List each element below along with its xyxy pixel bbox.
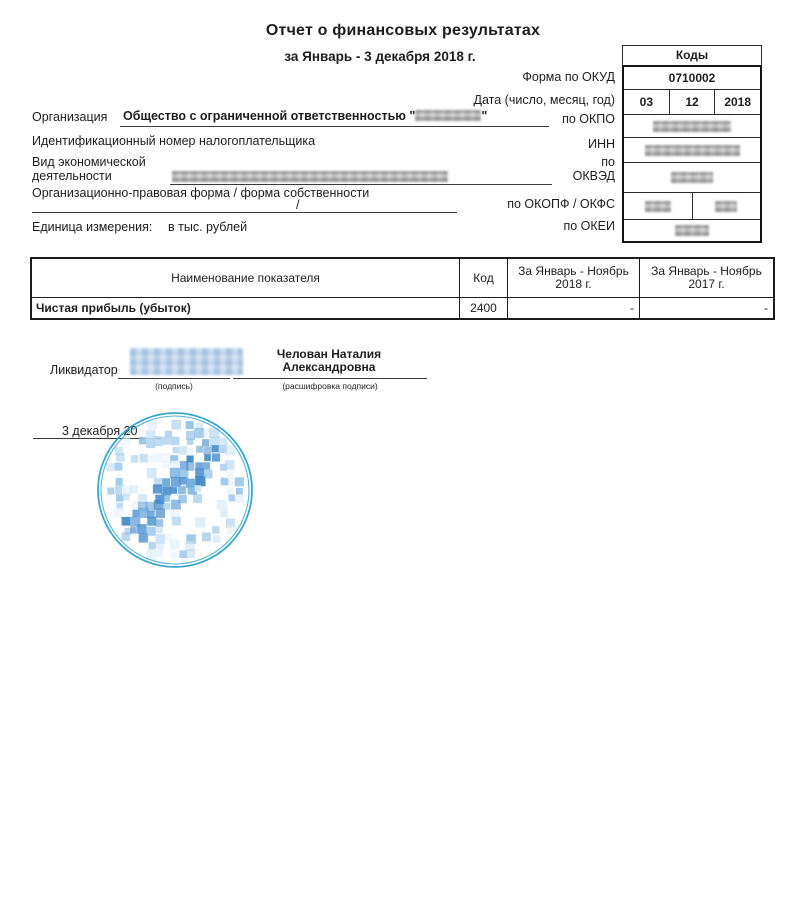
col-2017-header: За Январь - Ноябрь 2017 г. bbox=[640, 259, 773, 297]
okei-value-redacted bbox=[675, 225, 709, 236]
okpo-code-cell bbox=[624, 115, 760, 138]
activity-underline bbox=[170, 184, 552, 185]
organization-underline bbox=[120, 126, 549, 127]
date-year-cell: 2018 bbox=[715, 90, 760, 114]
row-2017-value-cell: - bbox=[640, 298, 773, 318]
date-day-cell: 03 bbox=[624, 90, 670, 114]
legal-form-underline bbox=[32, 212, 457, 213]
legal-form-label: Организационно-правовая форма / форма со… bbox=[32, 186, 369, 200]
date-code-cells: 03 12 2018 bbox=[624, 90, 760, 115]
col-code-header: Код bbox=[460, 259, 508, 297]
name-line bbox=[233, 378, 427, 379]
form-okud-label: Форма по ОКУД bbox=[522, 70, 615, 84]
date-label: Дата (число, месяц, год) bbox=[474, 93, 615, 107]
taxpayer-id-label: Идентификационный номер налогоплательщик… bbox=[32, 134, 315, 148]
unit-value: в тыс. рублей bbox=[168, 220, 247, 234]
okopf-okfs-code-cells bbox=[624, 193, 760, 220]
okud-code-cell: 0710002 bbox=[624, 67, 760, 90]
codes-table-header: Коды bbox=[622, 45, 762, 66]
report-table-header-row: Наименование показателя Код За Январь - … bbox=[32, 259, 773, 298]
name-caption: (расшифровка подписи) bbox=[233, 381, 427, 391]
report-table: Наименование показателя Код За Январь - … bbox=[30, 257, 775, 320]
inn-value-redacted bbox=[645, 145, 740, 156]
legal-form-slash: / bbox=[296, 198, 299, 212]
row-2018-value-cell: - bbox=[508, 298, 640, 318]
stamp-image bbox=[93, 408, 257, 572]
organization-name-redacted bbox=[415, 110, 481, 121]
codes-table: Коды 0710002 03 12 2018 bbox=[622, 45, 762, 243]
okved-value-redacted bbox=[671, 172, 713, 183]
activity-value-redacted bbox=[172, 171, 448, 182]
okved-code-cell bbox=[624, 163, 760, 193]
col-indicator-header: Наименование показателя bbox=[32, 259, 460, 297]
okopf-value-redacted bbox=[645, 201, 671, 212]
table-row: Чистая прибыль (убыток) 2400 - - bbox=[32, 298, 773, 318]
okei-label: по ОКЕИ bbox=[563, 219, 615, 233]
okopf-okfs-label: по ОКОПФ / ОКФС bbox=[507, 197, 615, 211]
date-month-cell: 12 bbox=[670, 90, 716, 114]
activity-type-label: Вид экономической деятельности bbox=[32, 155, 146, 183]
organization-label: Организация bbox=[32, 110, 107, 124]
col-2018-header: За Январь - Ноябрь 2018 г. bbox=[508, 259, 640, 297]
okved-label: по ОКВЭД bbox=[573, 155, 615, 183]
signature-redacted bbox=[130, 348, 243, 375]
okfs-cell bbox=[693, 193, 761, 219]
organization-value: Общество с ограниченной ответственностью… bbox=[123, 109, 487, 123]
unit-label: Единица измерения: bbox=[32, 220, 152, 234]
inn-code-cell bbox=[624, 138, 760, 163]
signatory-name: Челован Наталия Александровна bbox=[238, 348, 420, 374]
signature-line bbox=[118, 378, 230, 379]
okfs-value-redacted bbox=[715, 201, 737, 212]
financial-report-page: Отчет о финансовых результатах за Январь… bbox=[0, 0, 800, 900]
document-title: Отчет о финансовых результатах bbox=[0, 22, 800, 40]
okpo-label: по ОКПО bbox=[562, 112, 615, 126]
okpo-value-redacted bbox=[653, 121, 731, 132]
signature-caption: (подпись) bbox=[118, 381, 230, 391]
okopf-cell bbox=[624, 193, 693, 219]
inn-label: ИНН bbox=[588, 137, 615, 151]
row-code-cell: 2400 bbox=[460, 298, 508, 318]
row-indicator-cell: Чистая прибыль (убыток) bbox=[32, 298, 460, 318]
liquidator-label: Ликвидатор bbox=[50, 363, 118, 377]
company-stamp bbox=[93, 408, 257, 572]
okei-code-cell bbox=[624, 220, 760, 241]
